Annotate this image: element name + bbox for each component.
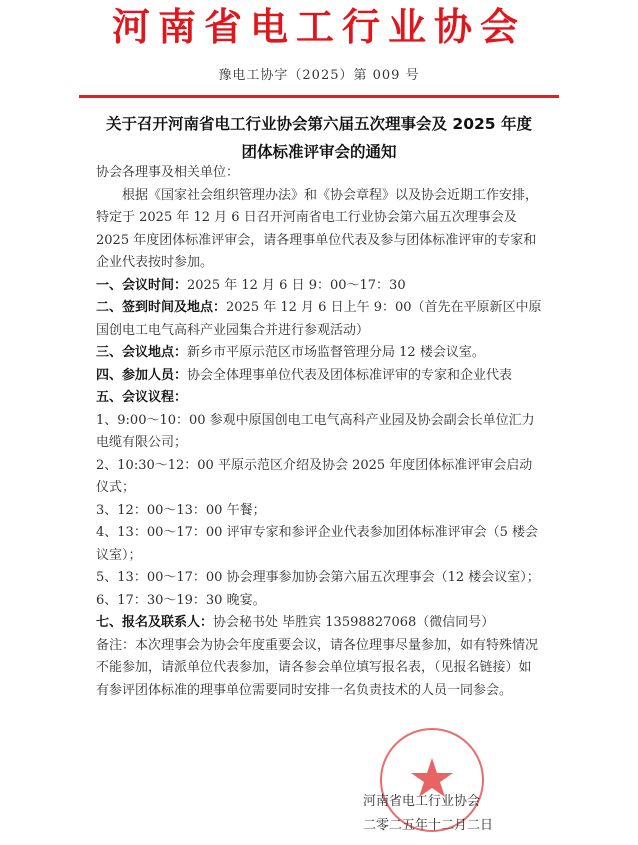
signature-date: 二零二五年十二月二日 — [363, 814, 493, 838]
agenda-item: 3、12：00～13：00 午餐； — [96, 500, 544, 523]
section-meeting-time: 一、会议时间：2025 年 12 月 6 日 9：00～17：30 — [96, 275, 544, 298]
section-venue: 三、会议地点：新乡市平原示范区市场监督管理分局 12 楼会议室。 — [96, 342, 544, 365]
section-attendees: 四、参加人员：协会全体理事单位代表及团体标准评审的专家和企业代表 — [96, 365, 544, 388]
red-divider-rule — [79, 95, 559, 98]
organization-masthead: 河南省电工行业协会 — [0, 4, 638, 50]
section-label: 二、签到时间及地点： — [96, 300, 226, 315]
signature-organization: 河南省电工行业协会 — [363, 790, 493, 814]
section-contact: 七、报名及联系人：协会秘书处 毕胜宾 13598827068（微信同号） — [96, 612, 544, 635]
title-line-1: 关于召开河南省电工行业协会第六届五次理事会及 2025 年度 — [60, 110, 578, 138]
section-checkin: 二、签到时间及地点：2025 年 12 月 6 日上午 9：00（首先在平原新区… — [96, 297, 544, 342]
section-text: 新乡市平原示范区市场监督管理分局 12 楼会议室。 — [187, 345, 485, 360]
intro-paragraph: 根据《国家社会组织管理办法》和《协会章程》以及协会近期工作安排，特定于 2025… — [96, 185, 544, 275]
salutation: 协会各理事及相关单位： — [96, 162, 544, 185]
section-label: 五、会议议程： — [96, 390, 187, 405]
agenda-item: 4、13：00～17：00 评审专家和参评企业代表参加团体标准评审会（5 楼会议… — [96, 522, 544, 567]
notice-title: 关于召开河南省电工行业协会第六届五次理事会及 2025 年度 团体标准评审会的通… — [60, 110, 578, 166]
notice-body: 协会各理事及相关单位： 根据《国家社会组织管理办法》和《协会章程》以及协会近期工… — [96, 162, 544, 702]
section-label: 七、报名及联系人： — [96, 615, 213, 630]
note-paragraph: 备注：本次理事会为协会年度重要会议，请各位理事尽量参加，如有特殊情况不能参加，请… — [96, 635, 544, 703]
document-number: 豫电工协字（2025）第 009 号 — [0, 64, 638, 83]
contact-text: 协会秘书处 毕胜宾 13598827068（微信同号） — [213, 615, 494, 630]
section-agenda-heading: 五、会议议程： — [96, 387, 544, 410]
agenda-item: 5、13：00～17：00 协会理事参加协会第六届五次理事会（12 楼会议室）； — [96, 567, 544, 590]
section-label: 三、会议地点： — [96, 345, 187, 360]
section-label: 一、会议时间： — [96, 278, 187, 293]
agenda-item: 6、17：30～19：30 晚宴。 — [96, 590, 544, 613]
signature-block: 河南省电工行业协会 二零二五年十二月二日 — [363, 790, 493, 838]
section-text: 协会全体理事单位代表及团体标准评审的专家和企业代表 — [187, 368, 512, 383]
section-label: 四、参加人员： — [96, 368, 187, 383]
agenda-item: 1、9:00～10：00 参观中原国创电工电气高科产业园及协会副会长单位汇力电缆… — [96, 410, 544, 455]
section-text: 2025 年 12 月 6 日 9：00～17：30 — [187, 278, 406, 293]
agenda-item: 2、10:30～12：00 平原示范区介绍及协会 2025 年度团体标准评审会启… — [96, 455, 544, 500]
